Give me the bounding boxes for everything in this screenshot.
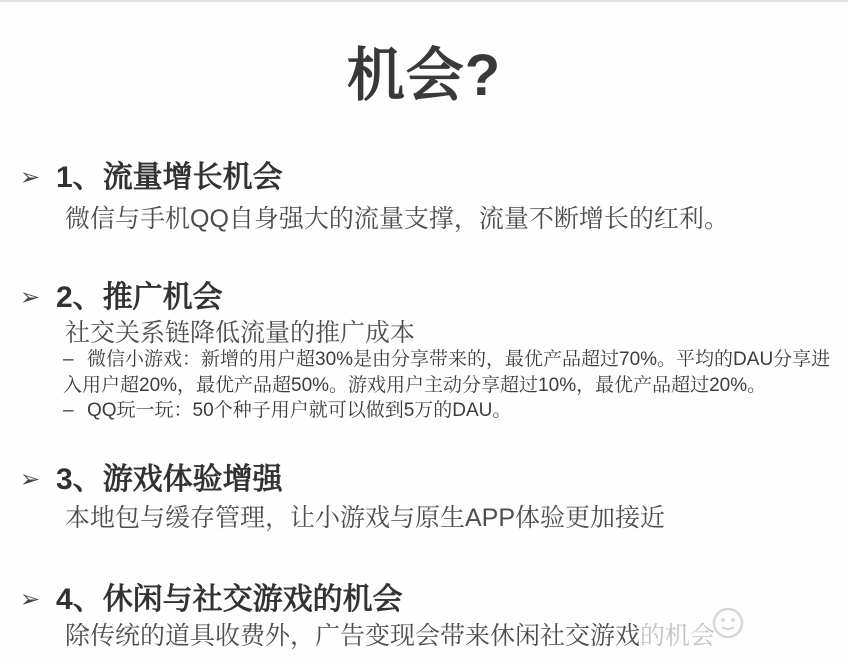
arrow-bullet-icon: ➢: [20, 585, 56, 614]
section-1-body: 微信与手机QQ自身强大的流量支撑，流量不断增长的红利。: [65, 199, 828, 235]
dash-bullet-icon: –: [63, 398, 87, 424]
section-2-subitem-2: –QQ玩一玩：50个种子用户就可以做到5万的DAU。: [63, 398, 838, 424]
section-4-title: 休闲与社交游戏的机会: [103, 574, 403, 618]
section-3-title: 游戏体验增强: [103, 454, 283, 498]
section-2-subitem-1: –微信小游戏：新增的用户超30%是由分享带来的，最优产品超过70%。平均的DAU…: [63, 347, 838, 399]
section-4-number: 4、: [56, 574, 103, 618]
section-4-body: 除传统的道具收费外，广告变现会带来休闲社交游戏的机会: [65, 616, 828, 652]
arrow-bullet-icon: ➢: [20, 283, 56, 312]
section-2-heading: ➢ 2、 推广机会: [20, 272, 223, 316]
section-1-title: 流量增长机会: [103, 152, 283, 196]
section-1-heading: ➢ 1、 流量增长机会: [20, 152, 283, 196]
section-4-heading: ➢ 4、 休闲与社交游戏的机会: [20, 574, 403, 618]
slide-title: 机会?: [0, 28, 848, 112]
section-1-number: 1、: [56, 152, 103, 196]
section-4-body-faded: 的机会: [640, 622, 715, 650]
section-2-number: 2、: [56, 272, 103, 316]
section-2-title: 推广机会: [103, 272, 223, 316]
slide: 机会? ➢ 1、 流量增长机会 微信与手机QQ自身强大的流量支撑，流量不断增长的…: [0, 0, 848, 664]
section-4-body-main: 除传统的道具收费外，广告变现会带来休闲社交游戏: [65, 622, 640, 650]
subitem-text: QQ玩一玩：50个种子用户就可以做到5万的DAU。: [87, 400, 511, 421]
section-3-number: 3、: [56, 454, 103, 498]
section-3-heading: ➢ 3、 游戏体验增强: [20, 454, 283, 498]
subitem-text: 微信小游戏：新增的用户超30%是由分享带来的，最优产品超过70%。平均的DAU分…: [63, 349, 830, 396]
dash-bullet-icon: –: [63, 347, 87, 373]
section-3-body: 本地包与缓存管理，让小游戏与原生APP体验更加接近: [65, 498, 828, 534]
arrow-bullet-icon: ➢: [20, 163, 56, 192]
section-2-body: 社交关系链降低流量的推广成本: [65, 313, 828, 349]
arrow-bullet-icon: ➢: [20, 465, 56, 494]
